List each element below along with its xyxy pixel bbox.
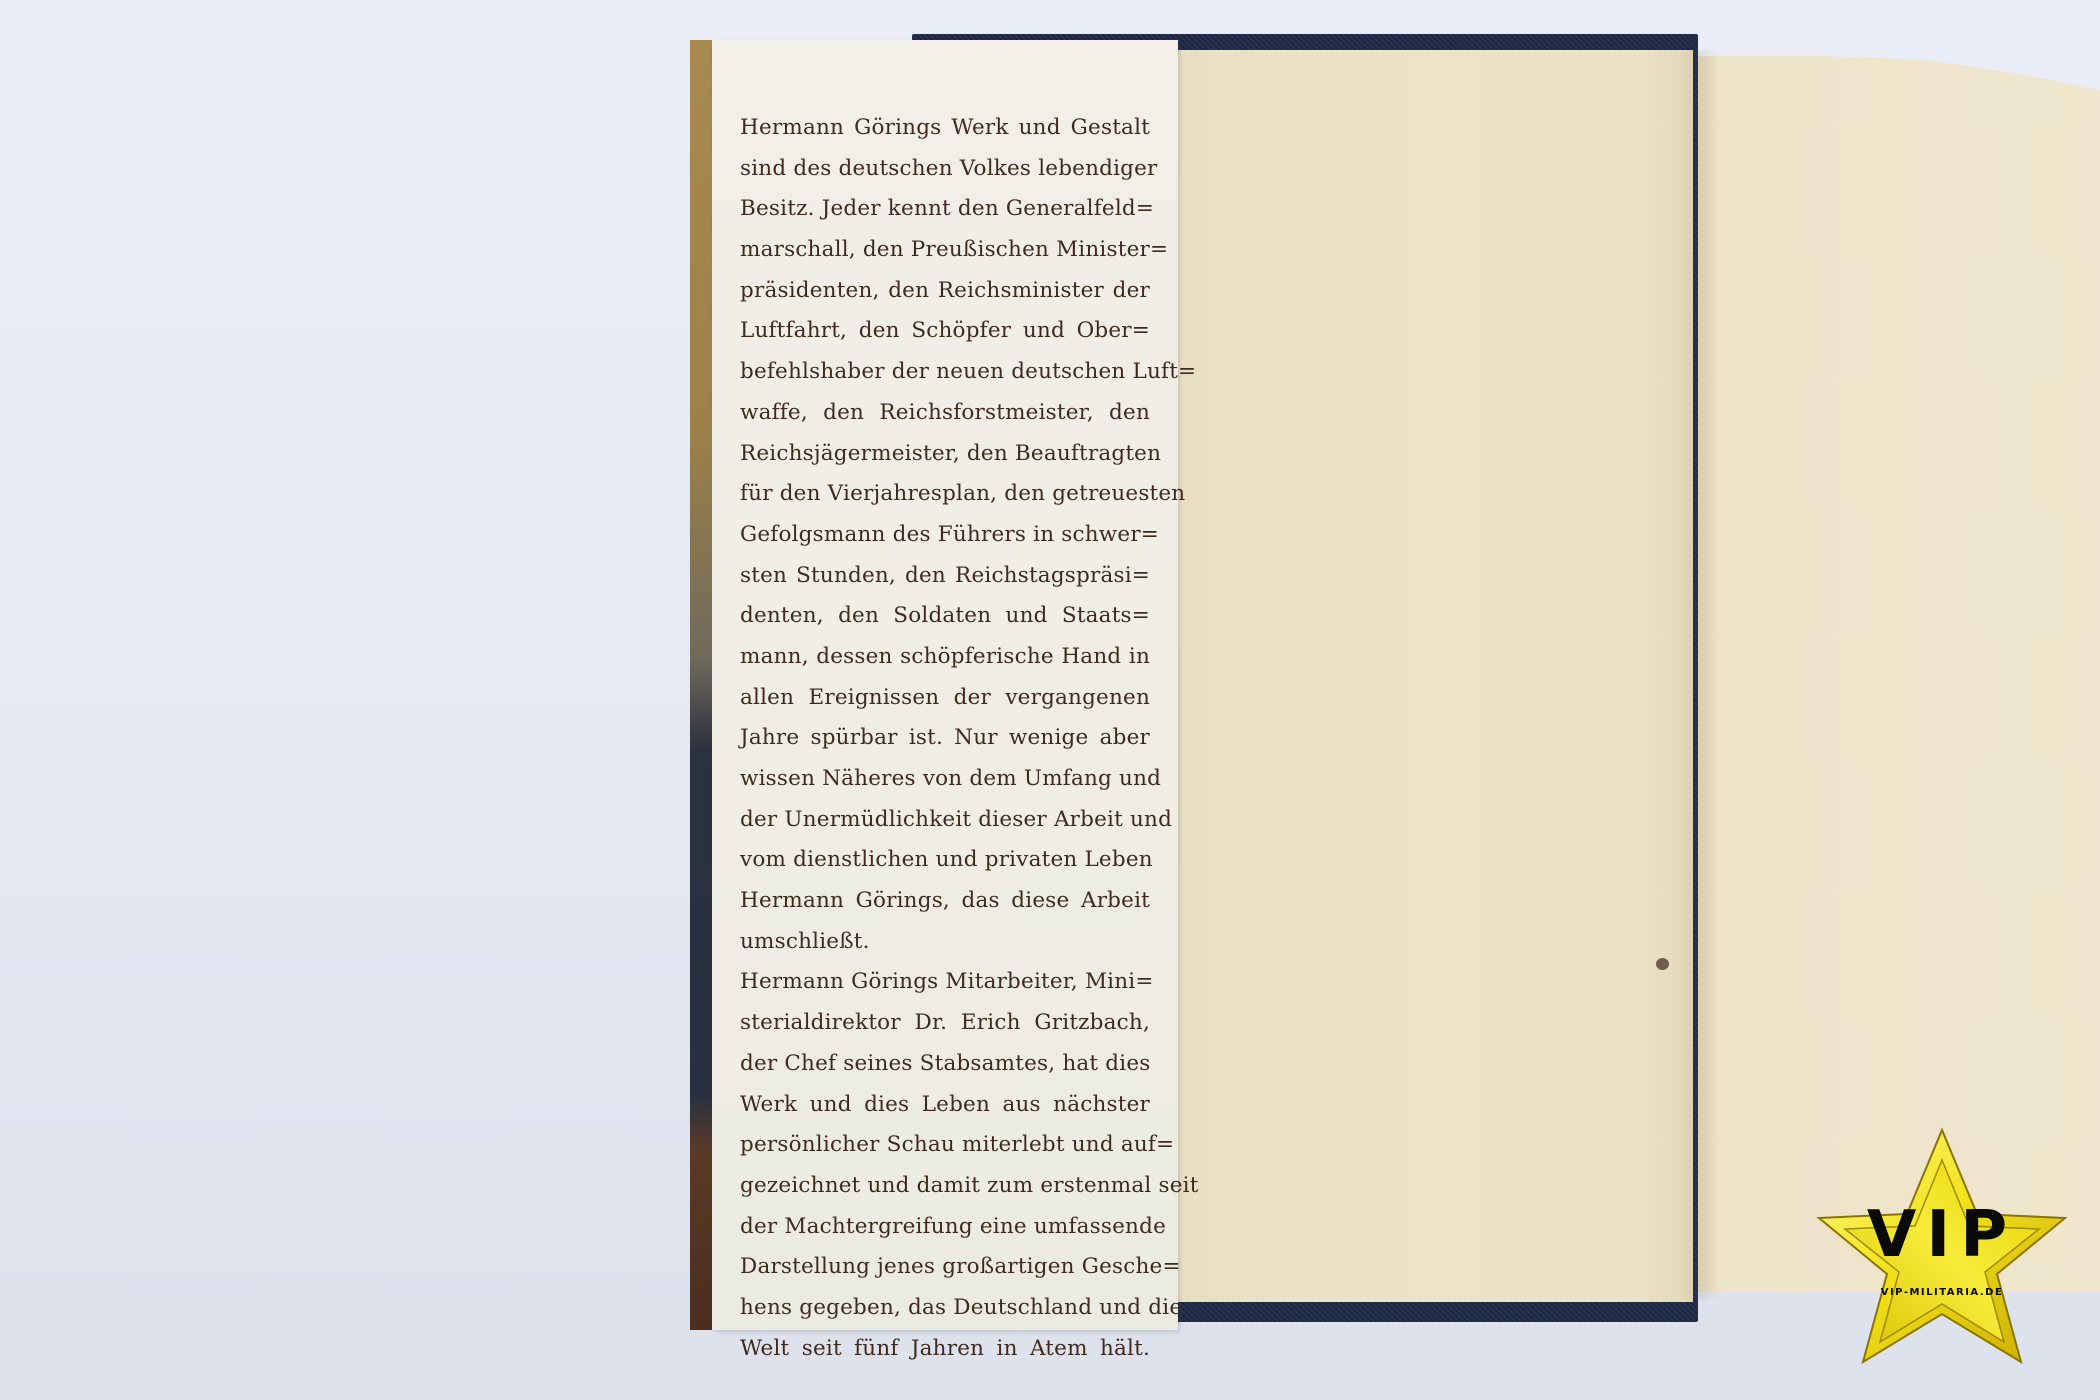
flap-blurb: Hermann Görings Werk und Gestalt sind de… (740, 108, 1150, 1369)
flap-line: präsidenten, den Reichsminister der (740, 271, 1150, 312)
flap-line: Darstellung jenes großartigen Gesche= (740, 1247, 1150, 1288)
flap-line: Welt seit fünf Jahren in Atem hält. (740, 1329, 1150, 1370)
flap-line: Gefolgsmann des Führers in schwer= (740, 515, 1150, 556)
flap-line: mann, dessen schöpferische Hand in (740, 637, 1150, 678)
flap-line: wissen Näheres von dem Umfang und (740, 759, 1150, 800)
flap-line: denten, den Soldaten und Staats= (740, 596, 1150, 637)
flap-line: der Machtergreifung eine umfassende (740, 1207, 1150, 1248)
vip-militaria-logo: VIP VIP-MILITARIA.DE (1813, 1126, 2071, 1366)
flap-line: Reichsjägermeister, den Beauftragten (740, 434, 1150, 475)
flap-line: allen Ereignissen der vergangenen (740, 678, 1150, 719)
flap-line: Luftfahrt, den Schöpfer und Ober= (740, 311, 1150, 352)
flap-line: der Unermüdlichkeit dieser Arbeit und (740, 800, 1150, 841)
flap-line: vom dienstlichen und privaten Leben (740, 840, 1150, 881)
flap-line: Hermann Görings Mitarbeiter, Mini= (740, 962, 1150, 1003)
dust-jacket-flap: Hermann Görings Werk und Gestalt sind de… (712, 40, 1178, 1330)
gold-star-icon: VIP VIP-MILITARIA.DE (1813, 1126, 2071, 1366)
logo-vip-text: VIP (1867, 1198, 2017, 1272)
logo-url-text: VIP-MILITARIA.DE (1881, 1287, 2004, 1298)
flap-line: sterialdirektor Dr. Erich Gritzbach, (740, 1003, 1150, 1044)
flap-line: der Chef seines Stabsamtes, hat dies (740, 1044, 1150, 1085)
flap-line: umschließt. (740, 922, 1150, 963)
flap-line: Hermann Görings Werk und Gestalt (740, 108, 1150, 149)
flap-line: Hermann Görings, das diese Arbeit (740, 881, 1150, 922)
flap-line: sten Stunden, den Reichstagspräsi= (740, 556, 1150, 597)
flap-line: hens gegeben, das Deutschland und die (740, 1288, 1150, 1329)
flap-line: Werk und dies Leben aus nächster (740, 1085, 1150, 1126)
flap-line: sind des deutschen Volkes lebendiger (740, 149, 1150, 190)
foxing-spot (1656, 958, 1669, 970)
flap-line: waffe, den Reichsforstmeister, den (740, 393, 1150, 434)
endpaper (1178, 50, 1693, 1302)
flap-line: gezeichnet und damit zum erstenmal seit (740, 1166, 1150, 1207)
flap-line: Besitz. Jeder kennt den Generalfeld= (740, 189, 1150, 230)
gutter-fold (1680, 50, 1720, 1300)
right-page (1695, 56, 2100, 1292)
flap-line: persönlicher Schau miterlebt und auf= (740, 1125, 1150, 1166)
flap-line: befehlshaber der neuen deutschen Luft= (740, 352, 1150, 393)
flap-line: für den Vierjahresplan, den getreuesten (740, 474, 1150, 515)
flap-line: marschall, den Preußischen Minister= (740, 230, 1150, 271)
flap-line: Jahre spürbar ist. Nur wenige aber (740, 718, 1150, 759)
